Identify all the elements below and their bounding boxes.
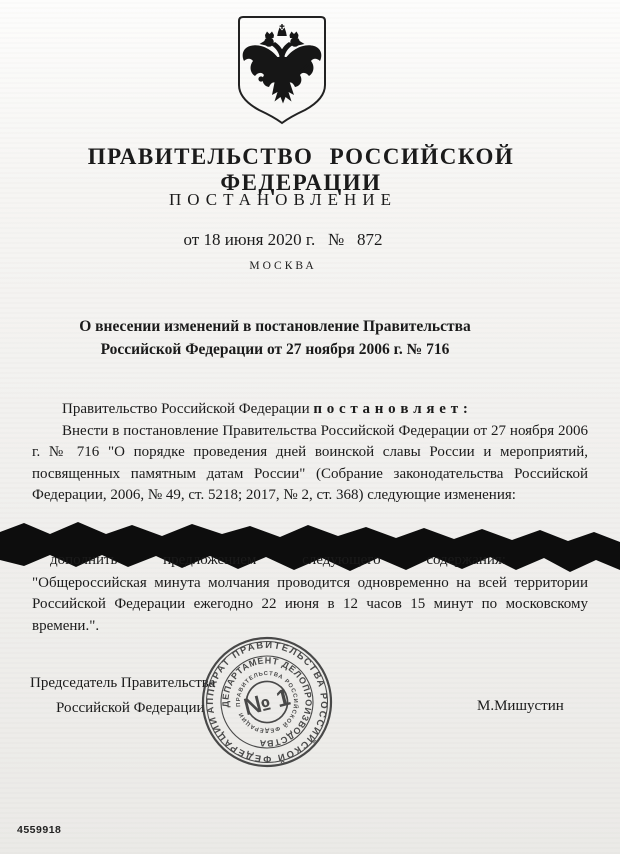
decree-title: О внесении изменений в постановление Пра…	[0, 315, 550, 361]
decree-title-line2: Российской Федерации от 27 ноября 2006 г…	[0, 338, 550, 361]
official-round-stamp: АППАРАТ ПРАВИТЕЛЬСТВА РОССИЙСКОЙ ФЕДЕРАЦ…	[192, 632, 344, 784]
amendment-justified-line: дополнить предложением следующего содерж…	[50, 552, 506, 569]
scanned-decree-page: ПРАВИТЕЛЬСТВО РОССИЙСКОЙ ФЕДЕРАЦИИ ПОСТА…	[0, 0, 620, 854]
decree-title-line1: О внесении изменений в постановление Пра…	[0, 315, 550, 338]
city-label: МОСКВА	[0, 260, 566, 272]
amendment-word: предложением	[163, 552, 256, 569]
print-order-code: 4559918	[17, 824, 61, 836]
signer-title-line2: Российской Федерации	[56, 700, 205, 717]
double-headed-eagle	[243, 24, 322, 104]
signer-title-line1: Председатель Правительства	[30, 675, 215, 692]
coat-of-arms-icon	[236, 15, 328, 127]
date-number-line: от 18 июня 2020 г. № 872	[0, 230, 566, 250]
intro-line: Правительство Российской Федерации п о с…	[32, 399, 588, 420]
paragraph-minute-of-silence: "Общероссийская минута молчания проводит…	[32, 573, 588, 637]
amendment-word: дополнить	[50, 552, 117, 569]
signer-name: М.Мишустин	[477, 698, 564, 715]
amendment-word: содержания:	[426, 552, 506, 569]
doc-type-heading: ПОСТАНОВЛЕНИЕ	[0, 190, 566, 210]
paragraph-amending-clause: Внести в постановление Правительства Рос…	[32, 421, 588, 507]
org-name: ПРАВИТЕЛЬСТВО РОССИЙСКОЙ ФЕДЕРАЦИИ	[0, 144, 602, 196]
torn-page-zigzag	[0, 518, 620, 580]
amendment-word: следующего	[302, 552, 380, 569]
intro-emphasized-text: п о с т а н о в л я е т :	[313, 401, 468, 417]
intro-normal-text: Правительство Российской Федерации	[62, 401, 313, 417]
stamp-number: № 1	[241, 684, 293, 722]
